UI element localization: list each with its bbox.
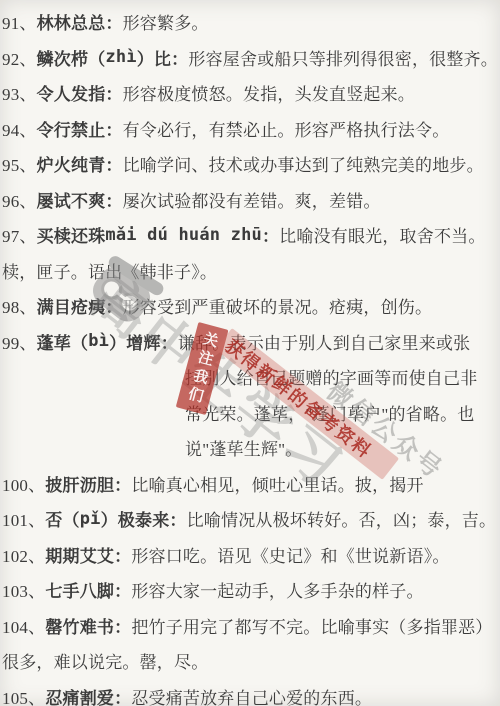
definition-text: 形容极度愤怒。发指，头发直竖起来。 [123,80,415,105]
entry-number: 100、 [2,471,45,496]
term-text: ）增辉： [109,329,178,354]
term-text: 屡试不爽： [37,187,123,212]
term-text: ： [262,222,279,247]
term-text: 罄竹难书： [45,613,131,638]
pinyin-text: pǐ [80,509,101,529]
entry-line: 98、满目疮痍：形容受到严重破坏的景况。疮痍，创伤。 [2,288,500,324]
pinyin-text: mǎi dú huán zhū [105,225,262,245]
entry-line: 95、炉火纯青：比喻学问、技术或办事达到了纯熟完美的地步。 [2,146,500,182]
entry-line: 101、否（pǐ）极泰来：比喻情况从极坏转好。否，凶；泰，吉。 [2,501,500,537]
entry-line: 103、七手八脚：形容大家一起动手，人多手杂的样子。 [2,572,500,608]
entry-number: 105、 [2,684,45,706]
entry-line: 94、令行禁止：有令必行，有禁必止。形容严格执行法令。 [2,111,500,147]
term-text: 期期艾艾： [45,542,131,567]
entry-line: 97、买椟还珠 mǎi dú huán zhū：比喻没有眼光，取舍不当。 [2,217,500,253]
definition-text: 比喻真心相见，倾吐心里话。披，揭开 [131,471,423,496]
page: { "page": { "background": "#f7f6f2", "te… [0,0,500,706]
definition-text: 挂别人给自己题赠的字画等而使自己非 [185,364,477,389]
entry-number: 96、 [2,187,37,212]
entry-line: 说"蓬荜生辉"。 [2,430,500,466]
entry-line: 100、披肝沥胆：比喻真心相见，倾吐心里话。披，揭开 [2,466,500,502]
definition-text: 比喻情况从极坏转好。否，凶；泰，吉。 [187,506,497,531]
entry-line: 92、鳞次栉（zhì）比：形容屋舍或船只等排列得很密，很整齐。 [2,40,500,76]
term-text: 满目疮痍： [37,293,123,318]
entry-number: 97、 [2,222,37,247]
entry-number: 94、 [2,116,37,141]
definition-text: 形容繁多。 [123,9,209,34]
entry-line: 104、罄竹难书：把竹子用完了都写不完。比喻事实（多指罪恶） [2,608,500,644]
definition-text: 屡次试验都没有差错。爽，差错。 [123,187,381,212]
definition-text: 把竹子用完了都写不完。比喻事实（多指罪恶） [131,613,492,638]
term-text: 七手八脚： [45,577,131,602]
entry-number: 102、 [2,542,45,567]
definition-text: 很多，难以说完。罄，尽。 [2,648,208,673]
term-text: 炉火纯青： [37,151,123,176]
definition-text: 比喻没有眼光，取舍不当。 [279,222,485,247]
entry-number: 93、 [2,80,37,105]
term-text: 忍痛割爱： [45,684,131,706]
pinyin-text: bì [88,331,109,351]
entry-line: 105、忍痛割爱：忍受痛苦放弃自己心爱的东西。 [2,679,500,706]
pinyin-text: zhì [105,47,136,67]
definition-text: 形容屋舍或船只等排列得很密，很整齐。 [188,45,498,70]
term-text: 蓬荜（ [37,329,89,354]
term-text: 买椟还珠 [37,222,106,247]
term-text: 披肝沥胆： [45,471,131,496]
definition-text: 常光荣。蓬荜，"蓬门荜户"的省略。也 [185,400,474,425]
definition-text: 形容大家一起动手，人多手杂的样子。 [131,577,423,602]
entry-number: 101、 [2,506,45,531]
definition-text: 谦辞。表示由于别人到自己家里来或张 [178,329,470,354]
entry-line: 91、林林总总：形容繁多。 [2,4,500,40]
definition-text: 形容口吃。语见《史记》和《世说新语》。 [131,542,449,567]
entry-line: 102、期期艾艾：形容口吃。语见《史记》和《世说新语》。 [2,537,500,573]
term-text: ）极泰来： [101,506,187,531]
entry-line: 椟，匣子。语出《韩非子》。 [2,253,500,289]
term-text: 令行禁止： [37,116,123,141]
definition-text: 比喻学问、技术或办事达到了纯熟完美的地步。 [123,151,484,176]
definition-text: 说"蓬荜生辉"。 [185,435,302,460]
term-text: 鳞次栉（ [37,45,106,70]
entry-line: 很多，难以说完。罄，尽。 [2,643,500,679]
entry-number: 103、 [2,577,45,602]
definition-text: 椟，匣子。语出《韩非子》。 [2,258,217,283]
entry-number: 95、 [2,151,37,176]
entry-line: 99、蓬荜（bì）增辉：谦辞。表示由于别人到自己家里来或张 [2,324,500,360]
term-text: 林林总总： [37,9,123,34]
entry-line: 挂别人给自己题赠的字画等而使自己非 [2,359,500,395]
definition-text: 忍受痛苦放弃自己心爱的东西。 [131,684,372,706]
entry-number: 104、 [2,613,45,638]
definition-text: 形容受到严重破坏的景况。疮痍，创伤。 [123,293,433,318]
entry-number: 91、 [2,9,37,34]
term-text: 否（ [45,506,79,531]
entry-line: 96、屡试不爽：屡次试验都没有差错。爽，差错。 [2,182,500,218]
entry-number: 92、 [2,45,37,70]
term-text: 令人发指： [37,80,123,105]
idiom-list: 91、林林总总：形容繁多。92、鳞次栉（zhì）比：形容屋舍或船只等排列得很密，… [0,0,500,706]
entry-number: 98、 [2,293,37,318]
entry-line: 常光荣。蓬荜，"蓬门荜户"的省略。也 [2,395,500,431]
entry-number: 99、 [2,329,37,354]
term-text: ）比： [137,45,189,70]
entry-line: 93、令人发指：形容极度愤怒。发指，头发直竖起来。 [2,75,500,111]
definition-text: 有令必行，有禁必止。形容严格执行法令。 [123,116,450,141]
